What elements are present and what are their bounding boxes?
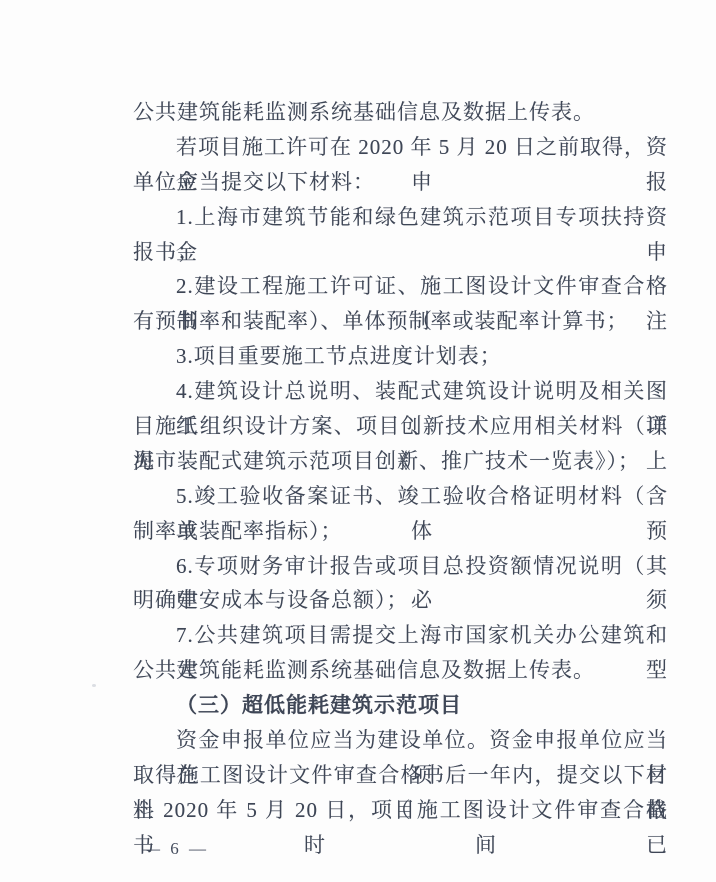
document-line: 公共建筑能耗监测系统基础信息及数据上传表。 [133,95,668,130]
document-line: 资金申报单位应当为建设单位。资金申报单位应当在项目 [133,723,668,758]
page-number: — 6 — [143,839,209,859]
document-line: 目施工组织设计方案、项目创新技术应用相关材料（详见《上 [133,409,668,444]
scan-artifact [92,684,96,687]
document-line: 1.上海市建筑节能和绿色建筑示范项目专项扶持资金申 [133,200,668,235]
section-heading: （三）超低能耗建筑示范项目 [133,688,668,723]
document-line: 4.建筑设计总说明、装配式建筑设计说明及相关图纸、项 [133,374,668,409]
document-line: 海市装配式建筑示范项目创新、推广技术一览表》）； [133,444,668,479]
document-line: 2.建设工程施工许可证、施工图设计文件审查合格书（注 [133,269,668,304]
document-line: 若项目施工许可在 2020 年 5 月 20 日之前取得，资金申报 [133,130,668,165]
document-line: 6.专项财务审计报告或项目总投资额情况说明（其中必须 [133,549,668,584]
document-line: 公共建筑能耗监测系统基础信息及数据上传表。 [133,653,668,688]
document-line: 5.竣工验收备案证书、竣工验收合格证明材料（含单体预 [133,479,668,514]
text-block: 公共建筑能耗监测系统基础信息及数据上传表。若项目施工许可在 2020 年 5 月… [133,95,668,828]
document-line: 取得施工图设计文件审查合格书后一年内，提交以下材料（截 [133,758,668,793]
document-line: 有预制率和装配率）、单体预制率或装配率计算书； [133,304,668,339]
document-page: 公共建筑能耗监测系统基础信息及数据上传表。若项目施工许可在 2020 年 5 月… [0,0,716,882]
document-line: 止 2020 年 5 月 20 日，项目施工图设计文件审查合格书时间已 [133,793,668,828]
document-line: 7.公共建筑项目需提交上海市国家机关办公建筑和大型 [133,618,668,653]
document-line: 3.项目重要施工节点进度计划表； [133,339,668,374]
